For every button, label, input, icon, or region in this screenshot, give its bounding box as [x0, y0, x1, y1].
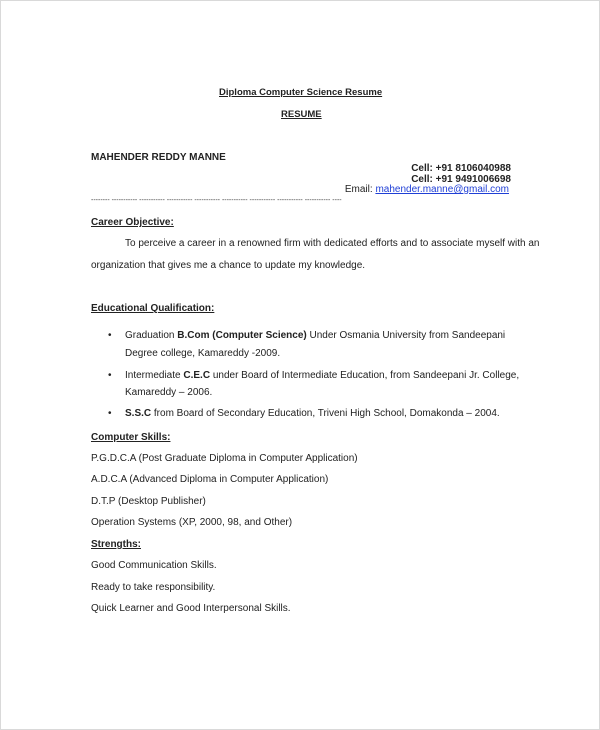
education-item-text: under Board of Intermediate Education, f… [210, 370, 519, 381]
education-item-text: Intermediate [125, 370, 183, 381]
education-degree: S.S.C [125, 408, 151, 419]
resume-page: Diploma Computer Science Resume RESUME M… [0, 0, 600, 730]
email-label: Email: [345, 184, 376, 195]
education-degree: B.Com (Computer Science) [177, 330, 306, 341]
email-line: Email: mahender.manne@gmail.com [345, 184, 509, 195]
skill-item: A.D.C.A (Advanced Diploma in Computer Ap… [91, 474, 328, 485]
education-heading: Educational Qualification: [91, 303, 214, 314]
education-item: S.S.C from Board of Secondary Education,… [125, 408, 500, 419]
education-item-text: from Board of Secondary Education, Trive… [151, 408, 500, 419]
applicant-name: MAHENDER REDDY MANNE [91, 152, 226, 163]
strength-item: Ready to take responsibility. [91, 582, 215, 593]
education-item-line-2: Degree college, Kamareddy -2009. [125, 348, 280, 359]
bullet-icon: • [108, 330, 112, 341]
skill-item: P.G.D.C.A (Post Graduate Diploma in Comp… [91, 453, 358, 464]
bullet-icon: • [108, 408, 112, 419]
education-item-text: Under Osmania University from Sandeepani [307, 330, 505, 341]
strength-item: Quick Learner and Good Interpersonal Ski… [91, 603, 291, 614]
education-degree: C.E.C [183, 370, 210, 381]
career-objective-line-1: To perceive a career in a renowned firm … [125, 238, 539, 249]
career-objective-line-2: organization that gives me a chance to u… [91, 260, 365, 271]
bullet-icon: • [108, 370, 112, 381]
strengths-heading: Strengths: [91, 539, 141, 550]
document-title: Diploma Computer Science Resume [219, 87, 382, 98]
computer-skills-heading: Computer Skills: [91, 432, 170, 443]
skill-item: Operation Systems (XP, 2000, 98, and Oth… [91, 517, 292, 528]
email-link[interactable]: mahender.manne@gmail.com [375, 184, 509, 195]
education-item-text: Graduation [125, 330, 177, 341]
education-item-line-2: Kamareddy – 2006. [125, 387, 212, 398]
skill-item: D.T.P (Desktop Publisher) [91, 496, 206, 507]
career-objective-heading: Career Objective: [91, 217, 174, 228]
cell-phone-1: Cell: +91 8106040988 [411, 163, 511, 174]
strength-item: Good Communication Skills. [91, 560, 217, 571]
separator-line: -------- ----------- ----------- -------… [91, 197, 342, 204]
document-subtitle: RESUME [281, 109, 322, 120]
education-item: Graduation B.Com (Computer Science) Unde… [125, 330, 505, 341]
education-item: Intermediate C.E.C under Board of Interm… [125, 370, 519, 381]
